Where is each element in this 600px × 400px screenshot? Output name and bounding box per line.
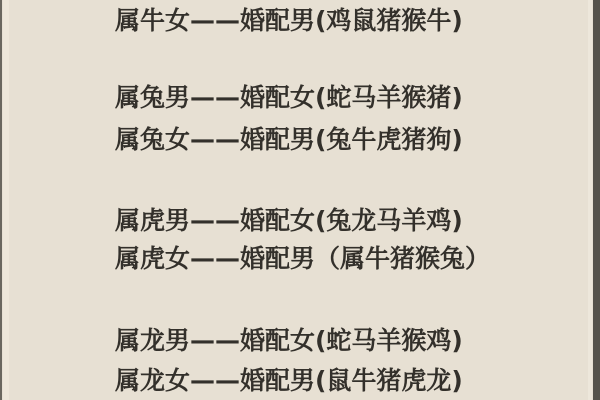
zodiac-line-rabbit-male: 属兔男——婚配女(蛇马羊猴猪) <box>115 81 463 115</box>
zodiac-line-ox-female: 属牛女——婚配男(鸡鼠猪猴牛) <box>115 4 463 38</box>
text-image-canvas: 属牛女——婚配男(鸡鼠猪猴牛) 属兔男——婚配女(蛇马羊猴猪) 属兔女——婚配男… <box>0 0 600 400</box>
left-light-stripe <box>3 0 9 400</box>
zodiac-line-dragon-male: 属龙男——婚配女(蛇马羊猴鸡) <box>115 324 463 358</box>
left-dark-border <box>0 0 2 400</box>
zodiac-line-tiger-male: 属虎男——婚配女(兔龙马羊鸡) <box>115 204 463 238</box>
zodiac-line-tiger-female: 属虎女——婚配男（属牛猪猴兔） <box>115 242 490 276</box>
zodiac-line-dragon-female: 属龙女——婚配男(鼠牛猪虎龙) <box>115 364 463 398</box>
zodiac-line-rabbit-female: 属兔女——婚配男(兔牛虎猪狗) <box>115 123 463 157</box>
right-light-stripe <box>588 0 592 400</box>
right-dark-border <box>593 0 600 400</box>
